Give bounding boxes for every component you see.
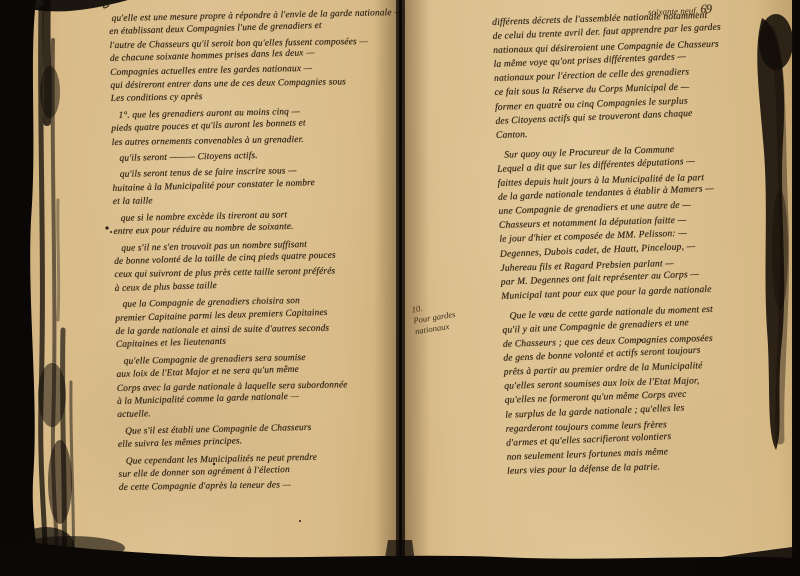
- paragraph: que si le nombre excède ils tireront au …: [113, 207, 397, 240]
- paragraph: que s'il ne s'en trouvoit pas un nombre …: [114, 237, 399, 297]
- paragraph: Sur quoy ouy le Procureur de la CommuneL…: [496, 139, 787, 303]
- paragraph: Que cependant les Municipalités ne peut …: [118, 450, 403, 496]
- paragraph: 1°. que les grenadiers auront au moins c…: [111, 104, 396, 150]
- paragraph: différents décrets de l'assemblée nation…: [492, 7, 782, 143]
- paragraph: qu'elle Compagnie de grenadiers sera sou…: [116, 350, 401, 423]
- manuscript-scan: soixante neuf. 69 10. Pour gardes nation…: [0, 0, 800, 576]
- paragraph: Que s'il est établi une Compagnie de Cha…: [118, 420, 402, 453]
- paragraph: Que le vœu de cette garde nationale du m…: [502, 300, 793, 479]
- manuscript-line: de cette Compagnie d'après la teneur des…: [119, 478, 403, 496]
- paragraph: que la Compagnie de grenadiers choisira …: [115, 293, 400, 353]
- paragraph: qu'elle est une mesure propre à répondre…: [109, 7, 395, 107]
- left-page-text: qu'elle est une mesure propre à répondre…: [109, 7, 403, 499]
- paragraph: qu'ils seront tenus de se faire inscrire…: [112, 164, 397, 210]
- right-page-text: différents décrets de l'assemblée nation…: [492, 7, 793, 485]
- right-scan-edge: [794, 0, 800, 576]
